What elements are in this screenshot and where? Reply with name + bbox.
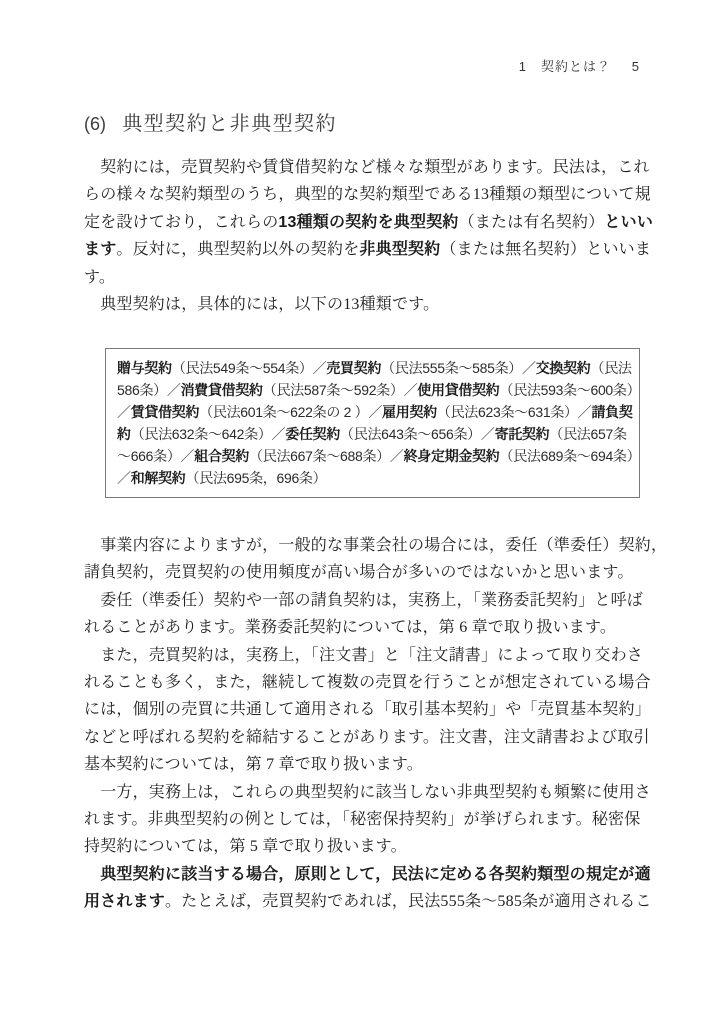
text-line: れることも多く，また，継続して複数の売買を行うことが想定されている場合: [84, 669, 656, 696]
paragraph-typical-contracts-intro: 契約には，売買契約や賃貸借契約など様々な類型があります。民法は，これらの様々な契…: [84, 154, 656, 291]
text-line: 契約には，売買契約や賃貸借契約など様々な類型があります。民法は，これ: [84, 154, 656, 181]
paragraph-list-lead: 典型契約は，具体的には，以下の13種類です。: [84, 291, 656, 318]
text-line: 一方，実務上は，これらの典型契約に該当しない非典型契約も頻繁に使用さ: [84, 779, 656, 806]
text-line: 典型契約は，具体的には，以下の13種類です。: [84, 291, 656, 318]
text-line: 請負契約，売買契約の使用頻度が高い場合が多いのではないかと思います。: [84, 559, 656, 586]
text-line: 委任（準委任）契約や一部の請負契約は，実務上，「業務委託契約」と呼ば: [84, 587, 656, 614]
paragraph-outsourcing: 委任（準委任）契約や一部の請負契約は，実務上，「業務委託契約」と呼ばれることがあ…: [84, 587, 656, 642]
text-line: 用されます。たとえば，売買契約であれば，民法555条〜585条が適用されるこ: [84, 888, 656, 915]
paragraph-atypical-contracts: 一方，実務上は，これらの典型契約に該当しない非典型契約も頻繁に使用されます。非典…: [84, 779, 656, 861]
text-line: ／和解契約（民法695条，696条）: [117, 468, 628, 490]
text-line: 基本契約については，第 7 章で取り扱います。: [84, 751, 656, 778]
text-line: などと呼ばれる契約を締結することがあります。注文書，注文請書および取引: [84, 724, 656, 751]
body-text-block: 事業内容によりますが，一般的な事業会社の場合には，委任（準委任）契約，請負契約，…: [84, 532, 656, 916]
text-line: ／賃貸借契約（民法601条〜622条の 2 ）／雇用契約（民法623条〜631条…: [117, 402, 628, 424]
text-line: 持契約については，第 5 章で取り扱います。: [84, 833, 656, 860]
text-line: れます。非典型契約の例としては，「秘密保持契約」が挙げられます。秘密保: [84, 806, 656, 833]
paragraph-sales-contracts: また，売買契約は，実務上，「注文書」と「注文請書」によって取り交わされることも多…: [84, 642, 656, 779]
section-title: 典型契約と非典型契約: [122, 113, 337, 135]
paragraph-typical-rule: 典型契約に該当する場合，原則として，民法に定める各契約類型の規定が適用されます。…: [84, 861, 656, 916]
text-line: れることがあります。業務委託契約については，第 6 章で取り扱います。: [84, 614, 656, 641]
contracts-list-box: 贈与契約（民法549条〜554条）／売買契約（民法555条〜585条）／交換契約…: [105, 348, 640, 498]
paragraph-business-usage: 事業内容によりますが，一般的な事業会社の場合には，委任（準委任）契約，請負契約，…: [84, 532, 656, 587]
text-line: らの様々な契約類型のうち，典型的な契約類型である13種類の類型について規: [84, 181, 656, 208]
book-page: 1 契約とは？5 (6)典型契約と非典型契約 契約には，売買契約や賃貸借契約など…: [0, 0, 724, 1024]
running-header: 1 契約とは？5: [519, 56, 640, 75]
text-line: 事業内容によりますが，一般的な事業会社の場合には，委任（準委任）契約，: [84, 532, 656, 559]
text-line: 定を設けており，これらの13種類の契約を典型契約（または有名契約）といい: [84, 209, 656, 236]
text-line: また，売買契約は，実務上，「注文書」と「注文請書」によって取り交わさ: [84, 642, 656, 669]
intro-text-block: 契約には，売買契約や賃貸借契約など様々な類型があります。民法は，これらの様々な契…: [84, 154, 656, 318]
section-heading: (6)典型契約と非典型契約: [84, 107, 337, 136]
text-line: 約（民法632条〜642条）／委任契約（民法643条〜656条）／寄託契約（民法…: [117, 424, 628, 446]
text-line: には，個別の売買に共通して適用される「取引基本契約」や「売買基本契約」: [84, 696, 656, 723]
contracts-list-text: 贈与契約（民法549条〜554条）／売買契約（民法555条〜585条）／交換契約…: [117, 358, 628, 489]
page-number: 5: [632, 59, 640, 74]
text-line: 586条）／消費貸借契約（民法587条〜592条）／使用貸借契約（民法593条〜…: [117, 380, 628, 402]
running-header-chapter: 1 契約とは？: [519, 59, 611, 74]
text-line: ます。反対に，典型契約以外の契約を非典型契約（または無名契約）といいま: [84, 236, 656, 263]
section-number: (6): [84, 114, 106, 134]
text-line: 贈与契約（民法549条〜554条）／売買契約（民法555条〜585条）／交換契約…: [117, 358, 628, 380]
text-line: 〜666条）／組合契約（民法667条〜688条）／終身定期金契約（民法689条〜…: [117, 446, 628, 468]
text-line: す。: [84, 264, 656, 291]
text-line: 典型契約に該当する場合，原則として，民法に定める各契約類型の規定が適: [84, 861, 656, 888]
